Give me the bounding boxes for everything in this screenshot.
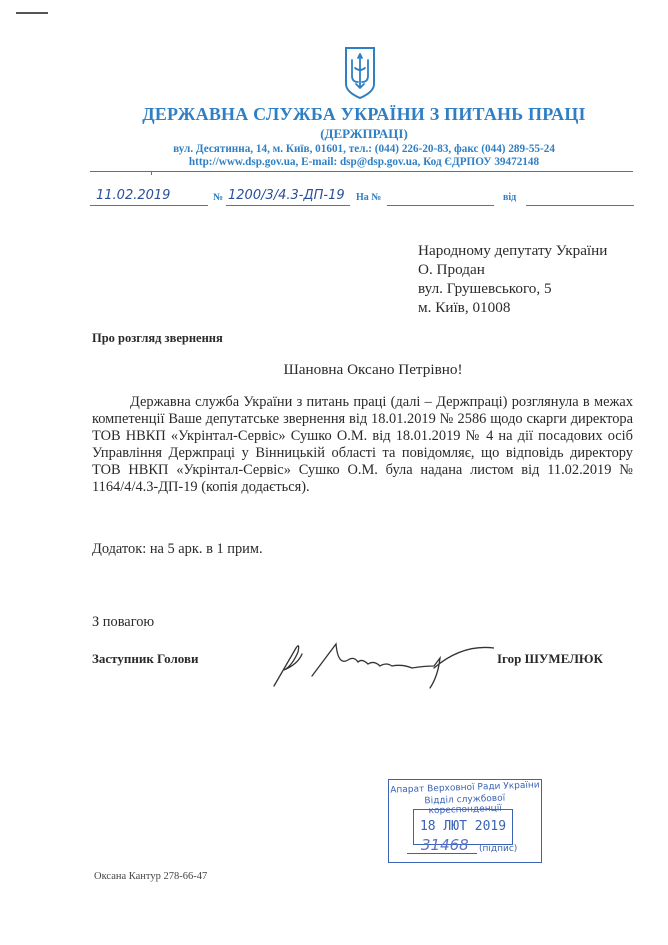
outgoing-date-field: 11.02.2019 — [90, 188, 208, 206]
reference-date-label: від — [503, 192, 516, 203]
reference-number-label: На № — [356, 192, 381, 203]
signatory-name: Ігор ШУМЕЛЮК — [497, 651, 603, 667]
header-divider — [90, 171, 633, 172]
signatory-title: Заступник Голови — [92, 651, 199, 667]
organization-address: вул. Десятинна, 14, м. Київ, 01601, тел.… — [0, 143, 668, 155]
reference-number-field — [387, 188, 494, 206]
closing: З повагою — [92, 614, 154, 631]
number-label: № — [213, 192, 223, 203]
registration-stamp: Апарат Верховної Ради України Відділ слу… — [388, 779, 542, 863]
subject-line: Про розгляд звернення — [92, 331, 223, 346]
outgoing-number-field: 1200/3/4.3-ДП-19 — [226, 188, 350, 206]
stamp-incoming-number: 31468 — [421, 836, 469, 854]
letter-body: Державна служба України з питань праці (… — [92, 394, 633, 497]
executor-info: Оксана Кантур 278-66-47 — [94, 871, 207, 882]
scan-mark — [16, 12, 48, 14]
handwritten-signature — [262, 636, 494, 692]
recipient-line: Народному депутату України — [418, 241, 607, 260]
reference-date-field — [526, 188, 634, 206]
organization-title: ДЕРЖАВНА СЛУЖБА УКРАЇНИ З ПИТАНЬ ПРАЦІ — [0, 104, 668, 125]
stamp-signature-label: (підпис) — [479, 844, 517, 854]
greeting: Шановна Оксано Петрівно! — [0, 361, 668, 379]
outgoing-date: 11.02.2019 — [96, 188, 170, 203]
registration-row: 11.02.2019 № 1200/3/4.3-ДП-19 На № від — [90, 188, 635, 210]
outgoing-number: 1200/3/4.3-ДП-19 — [228, 188, 345, 203]
stamp-signature-line — [407, 853, 477, 854]
organization-contacts: http://www.dsp.gov.ua, E-mail: dsp@dsp.g… — [0, 156, 668, 168]
recipient-line: вул. Грушевського, 5 — [418, 279, 607, 298]
header-divider-tick — [151, 172, 152, 175]
recipient-line: м. Київ, 01008 — [418, 298, 607, 317]
recipient-block: Народному депутату України О. Продан вул… — [418, 241, 607, 317]
organization-short-name: (ДЕРЖПРАЦІ) — [0, 126, 668, 142]
stamp-date: 18 ЛЮТ 2019 — [414, 819, 512, 834]
recipient-line: О. Продан — [418, 260, 607, 279]
coat-of-arms-icon — [344, 46, 376, 100]
attachment-note: Додаток: на 5 арк. в 1 прим. — [92, 541, 263, 558]
